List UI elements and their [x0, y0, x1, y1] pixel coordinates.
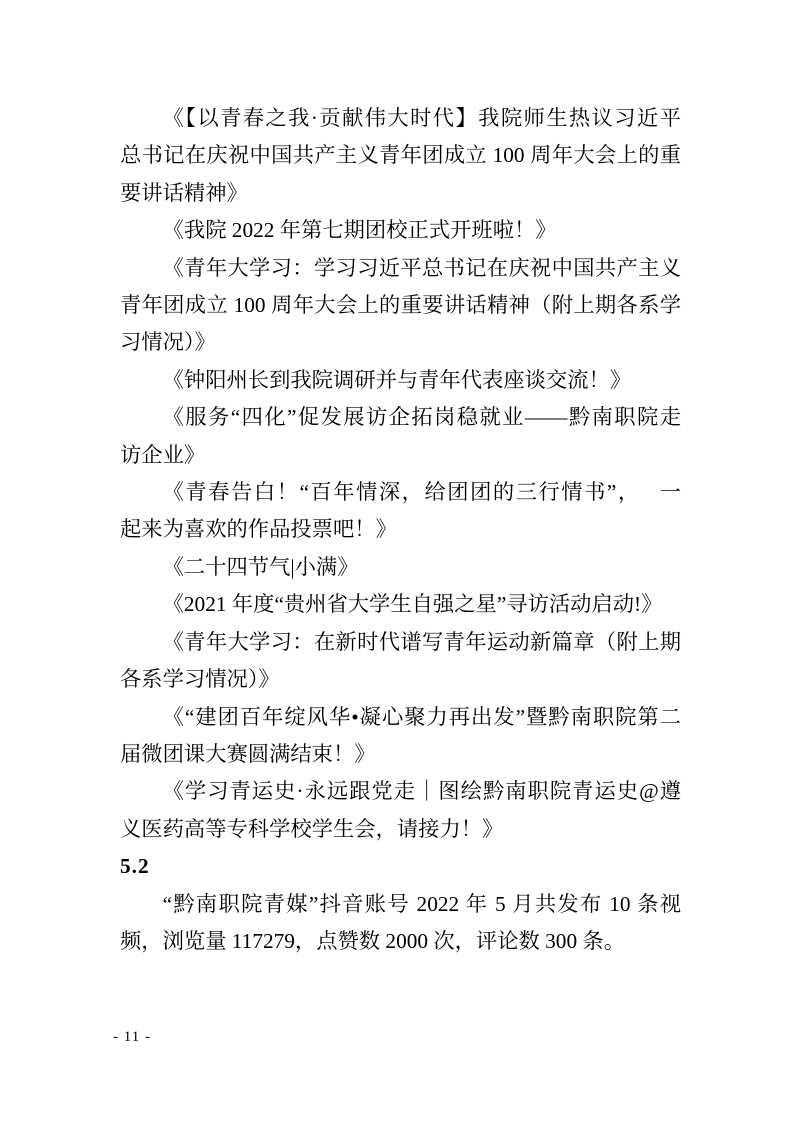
- paragraph: 《学习青运史·永远跟党走｜图绘黔南职院青运史@遵义医药高等专科学校学生会，请接力…: [120, 773, 681, 848]
- paragraph: 《二十四节气|小满》: [120, 549, 681, 586]
- text-line: 5.2: [120, 848, 681, 885]
- text-line: 《服务“四化”促发展访企拓岗稳就业——黔南职院走: [120, 399, 681, 436]
- text-line: 《二十四节气|小满》: [120, 549, 681, 586]
- document-page: 《【以青春之我·贡献伟大时代】我院师生热议习近平总书记在庆祝中国共产主义青年团成…: [0, 0, 793, 1122]
- text-line: 要讲话精神》: [120, 175, 681, 212]
- paragraph: 《“建团百年绽风华•凝心聚力再出发”暨黔南职院第二届微团课大赛圆满结束！》: [120, 699, 681, 774]
- paragraph: 《【以青春之我·贡献伟大时代】我院师生热议习近平总书记在庆祝中国共产主义青年团成…: [120, 100, 681, 212]
- text-line: 频，浏览量 117279，点赞数 2000 次，评论数 300 条。: [120, 923, 681, 960]
- text-line: 《2021 年度“贵州省大学生自强之星”寻访活动启动!》: [120, 586, 681, 623]
- paragraph: 《2021 年度“贵州省大学生自强之星”寻访活动启动!》: [120, 586, 681, 623]
- text-line: 《“建团百年绽风华•凝心聚力再出发”暨黔南职院第二: [120, 699, 681, 736]
- paragraph: 《服务“四化”促发展访企拓岗稳就业——黔南职院走访企业》: [120, 399, 681, 474]
- text-line: 青年团成立 100 周年大会上的重要讲话精神（附上期各系学: [120, 287, 681, 324]
- paragraph: 《青春告白！“百年情深，给团团的三行情书”， 一起来为喜欢的作品投票吧！》: [120, 474, 681, 549]
- paragraph: 《青年大学习：在新时代谱写青年运动新篇章（附上期各系学习情况）》: [120, 624, 681, 699]
- text-line: 总书记在庆祝中国共产主义青年团成立 100 周年大会上的重: [120, 137, 681, 174]
- text-line: 访企业》: [120, 437, 681, 474]
- text-line: 《【以青春之我·贡献伟大时代】我院师生热议习近平: [120, 100, 681, 137]
- section-heading: 5.2: [120, 848, 681, 885]
- paragraph: 《青年大学习：学习习近平总书记在庆祝中国共产主义青年团成立 100 周年大会上的…: [120, 250, 681, 362]
- text-line: 义医药高等专科学校学生会，请接力！》: [120, 811, 681, 848]
- paragraph: “黔南职院青媒”抖音账号 2022 年 5 月共发布 10 条视频，浏览量 11…: [120, 886, 681, 961]
- text-line: 起来为喜欢的作品投票吧！》: [120, 511, 681, 548]
- paragraph: 《我院 2022 年第七期团校正式开班啦！》: [120, 212, 681, 249]
- text-line: 各系学习情况）》: [120, 661, 681, 698]
- document-body: 《【以青春之我·贡献伟大时代】我院师生热议习近平总书记在庆祝中国共产主义青年团成…: [120, 100, 681, 960]
- text-line: 《我院 2022 年第七期团校正式开班啦！》: [120, 212, 681, 249]
- page-number: - 11 -: [113, 1027, 151, 1047]
- text-line: 《青春告白！“百年情深，给团团的三行情书”， 一: [120, 474, 681, 511]
- text-line: 《青年大学习：学习习近平总书记在庆祝中国共产主义: [120, 250, 681, 287]
- text-line: 《青年大学习：在新时代谱写青年运动新篇章（附上期: [120, 624, 681, 661]
- text-line: 《学习青运史·永远跟党走｜图绘黔南职院青运史@遵: [120, 773, 681, 810]
- text-line: 习情况）》: [120, 324, 681, 361]
- text-line: “黔南职院青媒”抖音账号 2022 年 5 月共发布 10 条视: [120, 886, 681, 923]
- paragraph: 《钟阳州长到我院调研并与青年代表座谈交流！》: [120, 362, 681, 399]
- text-line: 届微团课大赛圆满结束！》: [120, 736, 681, 773]
- text-line: 《钟阳州长到我院调研并与青年代表座谈交流！》: [120, 362, 681, 399]
